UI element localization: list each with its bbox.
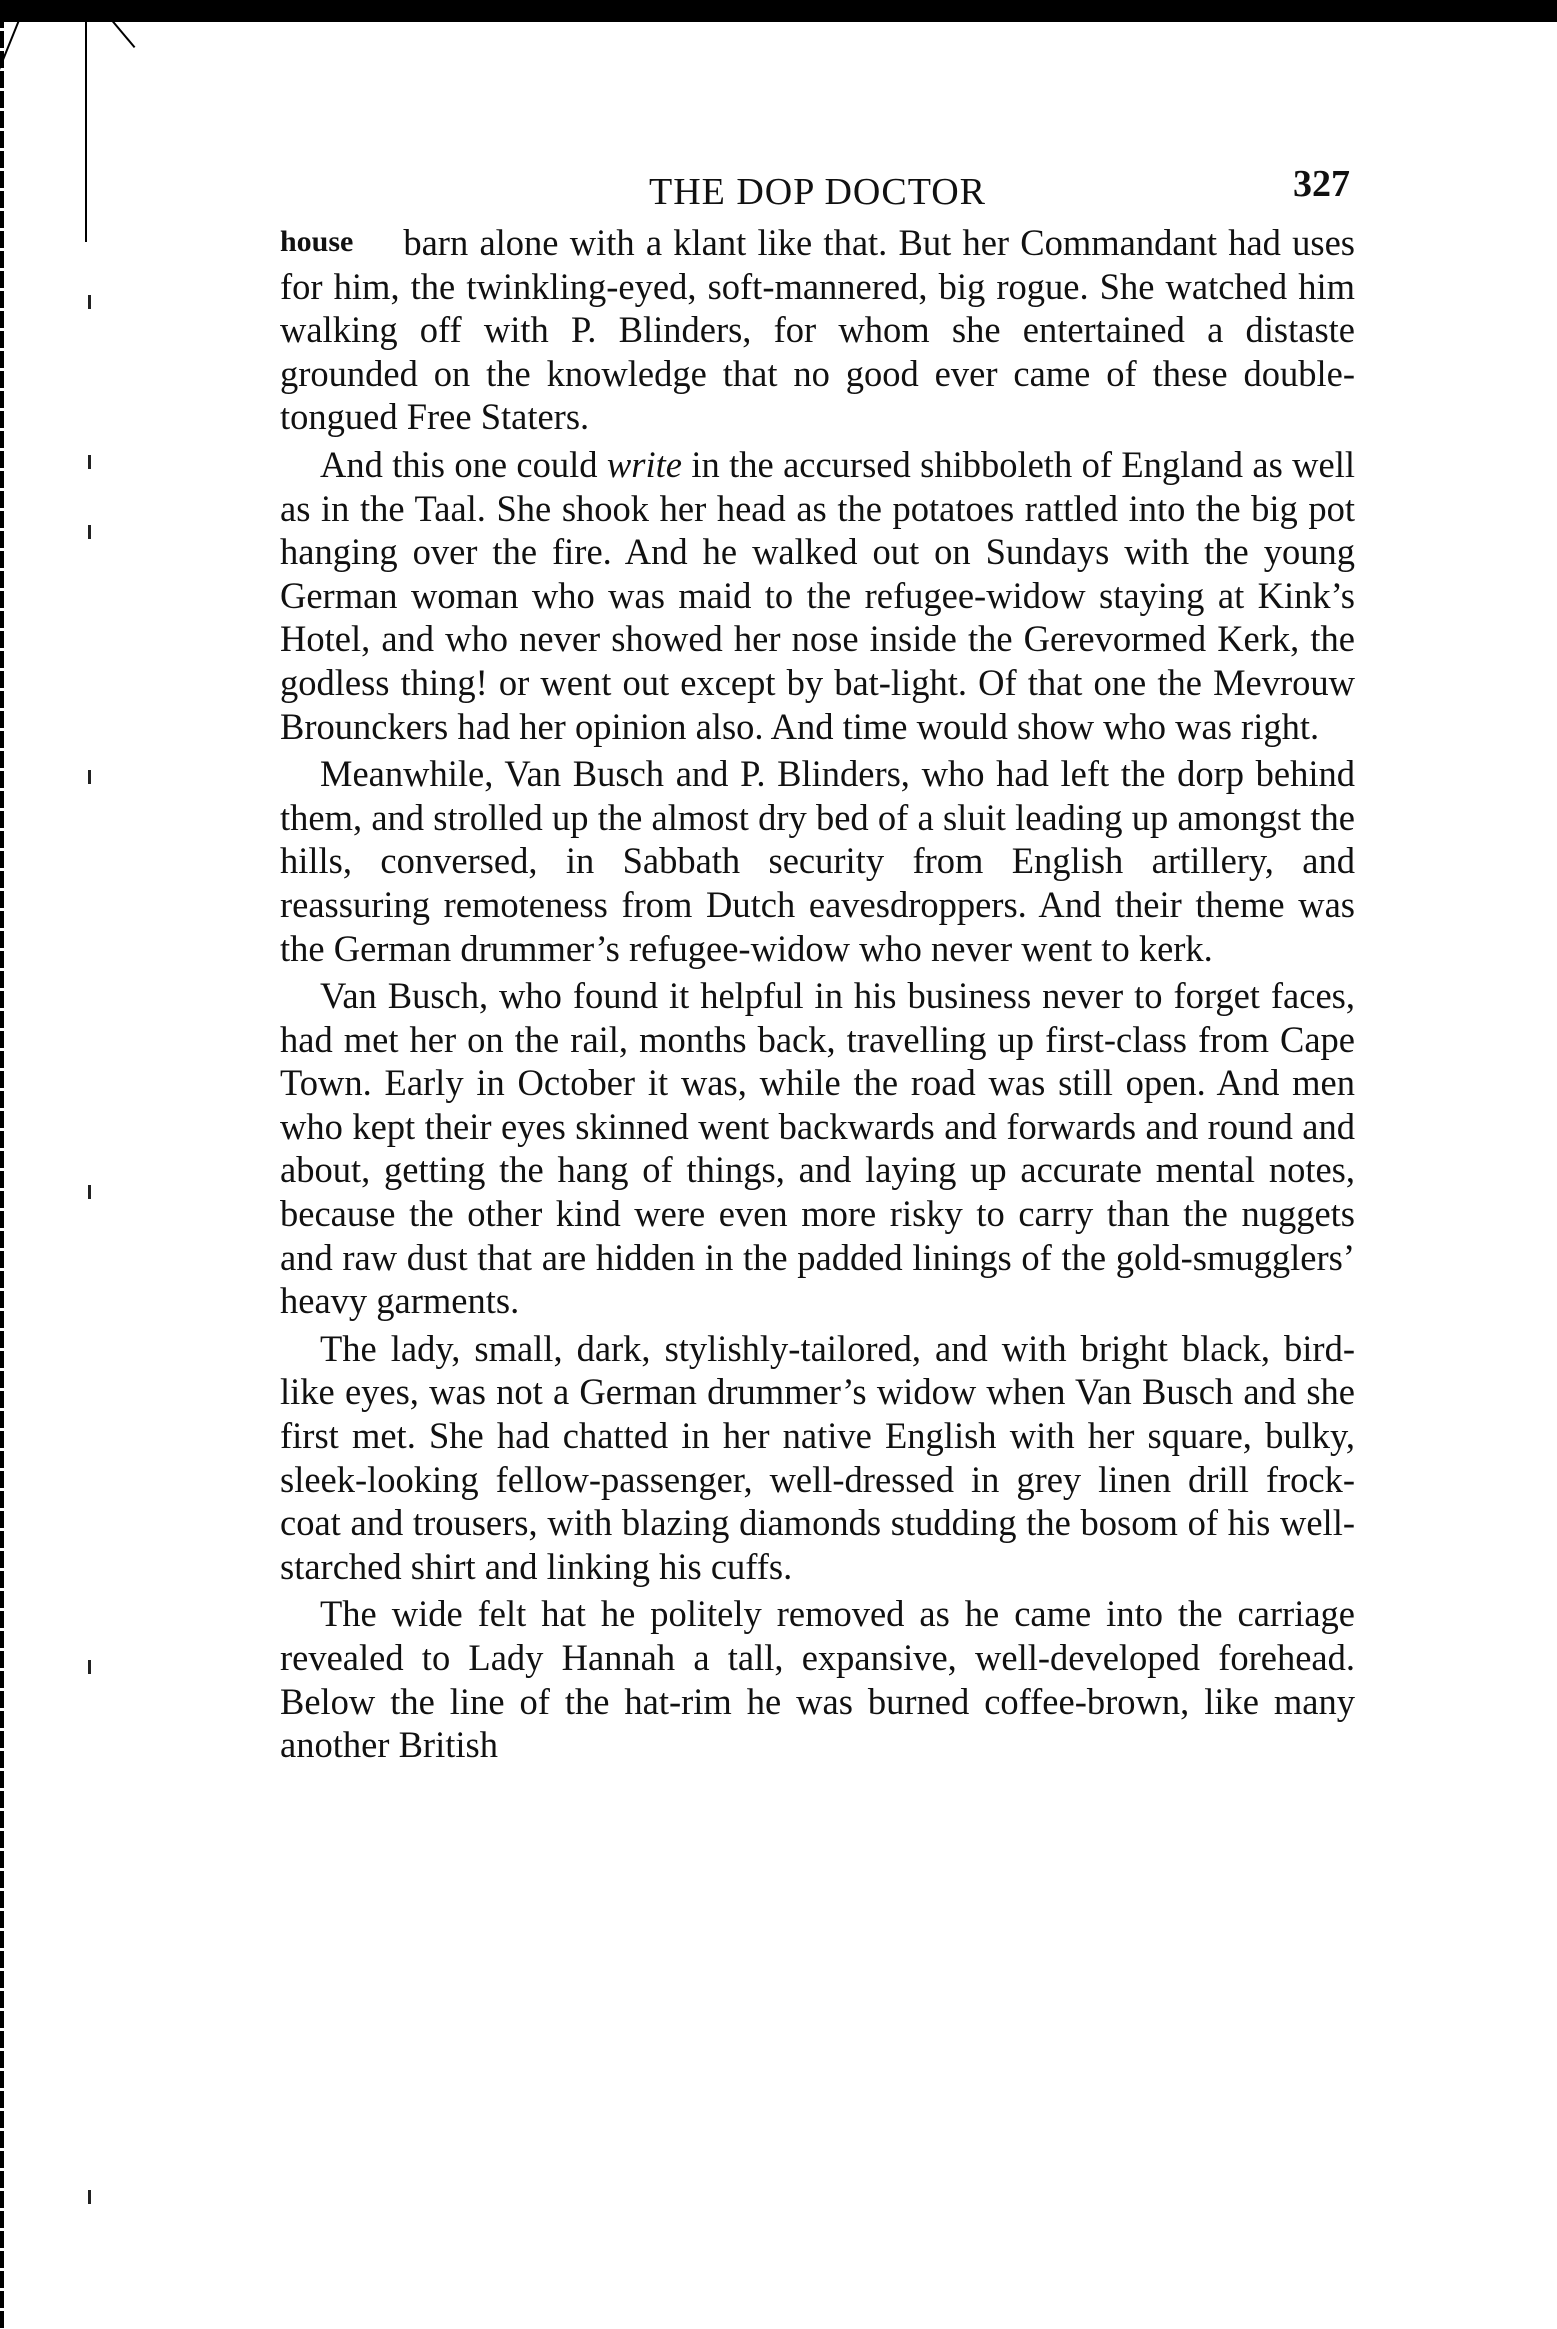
paragraph-text: And this one could <box>320 444 607 485</box>
scan-margin-mark <box>88 295 91 309</box>
body-text: housebarn alone with a klant like that. … <box>280 220 1355 1767</box>
scan-margin-mark <box>88 455 91 469</box>
scan-left-edge <box>0 22 4 2329</box>
paragraph-text: in the accursed shibboleth of England as… <box>280 444 1355 747</box>
paragraph: And this one could write in the accursed… <box>280 443 1355 748</box>
scan-gutter-line <box>85 22 87 242</box>
paragraph: Meanwhile, Van Busch and P. Blinders, wh… <box>280 752 1355 970</box>
catchword: house <box>280 225 353 258</box>
book-page: THE DOP DOCTOR 327 housebarn alone with … <box>280 150 1355 1771</box>
italic-emphasis: write <box>607 444 682 485</box>
paragraph: The wide felt hat he politely removed as… <box>280 1592 1355 1766</box>
page-number: 327 <box>1293 162 1350 206</box>
scan-margin-mark <box>88 525 91 539</box>
scan-margin-mark <box>88 1660 91 1674</box>
scan-fold-mark <box>112 21 135 48</box>
paragraph-text: barn alone with a klant like that. But h… <box>280 222 1355 437</box>
running-header: THE DOP DOCTOR 327 <box>280 150 1355 220</box>
paragraph: Van Busch, who found it helpful in his b… <box>280 974 1355 1323</box>
scan-top-border <box>0 0 1557 22</box>
scan-margin-mark <box>88 770 91 784</box>
scan-margin-mark <box>88 1185 91 1199</box>
scan-margin-mark <box>88 2190 91 2204</box>
paragraph: The lady, small, dark, stylishly-tailore… <box>280 1327 1355 1589</box>
running-title: THE DOP DOCTOR <box>280 170 1355 214</box>
paragraph: housebarn alone with a klant like that. … <box>280 220 1355 439</box>
